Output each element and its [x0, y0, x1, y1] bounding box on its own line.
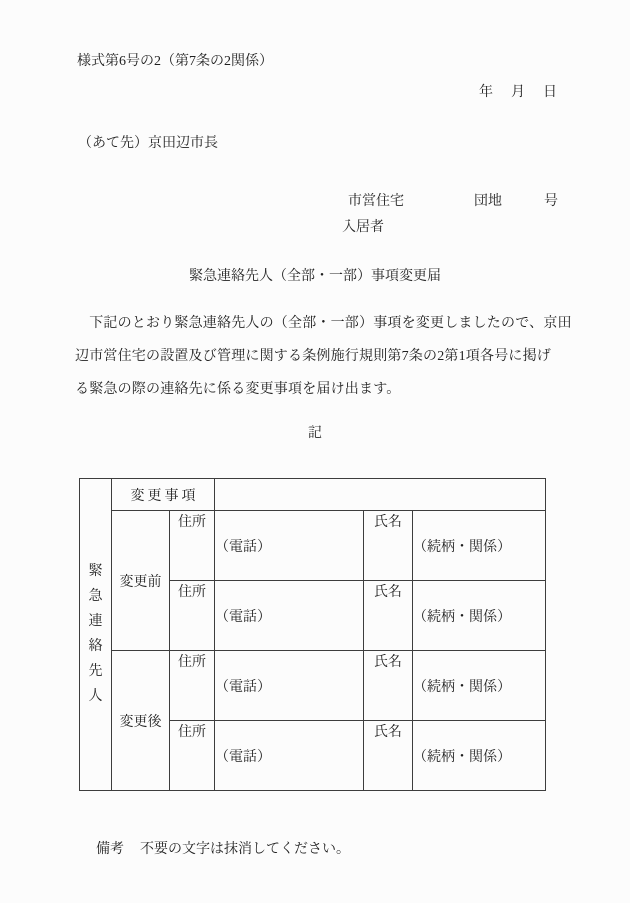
document-title: 緊急連絡先人（全部・一部）事項変更届 [0, 265, 630, 285]
body-line-1: 下記のとおり緊急連絡先人の（全部・一部）事項を変更しましたので、京田 [75, 307, 559, 340]
side-char: 先 [89, 665, 103, 679]
form-number: 様式第6号の2（第7条の2関係） [77, 50, 273, 70]
emergency-contact-vertical-label: 緊 急 連 絡 先 人 [80, 565, 111, 704]
after-change-label: 変更後 [112, 651, 170, 791]
address-label: 住所 [170, 511, 215, 581]
address-label: 住所 [170, 651, 215, 721]
side-char: 急 [89, 590, 103, 604]
body-paragraph: 下記のとおり緊急連絡先人の（全部・一部）事項を変更しましたので、京田 辺市営住宅… [75, 307, 559, 406]
body-line-2: 辺市営住宅の設置及び管理に関する条例施行規則第7条の2第1項各号に掲げ [75, 340, 559, 373]
remarks-line: 備考不要の文字は抹消してください。 [82, 822, 350, 874]
before-change-label: 変更前 [112, 511, 170, 651]
name-relation-field: （続柄・関係） [413, 581, 546, 651]
name-relation-field: （続柄・関係） [413, 721, 546, 791]
name-relation-field: （続柄・関係） [413, 511, 546, 581]
body-line-3: る緊急の際の連絡先に係る変更事項を届け出ます。 [75, 373, 559, 406]
table-row: 変更前 住所 （電話） 氏名 （続柄・関係） [80, 511, 546, 581]
remarks-label: 備考 [96, 842, 124, 857]
address-phone-field: （電話） [215, 651, 364, 721]
name-relation-field: （続柄・関係） [413, 651, 546, 721]
address-phone-field: （電話） [215, 581, 364, 651]
side-char: 連 [89, 615, 103, 629]
ki-heading: 記 [0, 422, 630, 442]
name-label: 氏名 [364, 721, 413, 791]
table-row: 変更後 住所 （電話） 氏名 （続柄・関係） [80, 651, 546, 721]
document-page: 様式第6号の2（第7条の2関係） 年 月 日 （あて先）京田辺市長 市営住宅 団… [0, 0, 630, 903]
address-label: 住所 [170, 581, 215, 651]
change-items-header: 変更事項 [112, 479, 215, 511]
name-label: 氏名 [364, 581, 413, 651]
addressee-line: （あて先）京田辺市長 [78, 132, 218, 152]
remarks-text: 不要の文字は抹消してください。 [140, 842, 350, 857]
address-phone-field: （電話） [215, 511, 364, 581]
date-line: 年 月 日 [479, 81, 559, 101]
change-details-table: 緊 急 連 絡 先 人 変更事項 変更前 住所 （電話） 氏名 （続柄・関係） [79, 478, 546, 791]
side-char: 絡 [89, 640, 103, 654]
side-char: 人 [89, 690, 103, 704]
change-items-value-cell [215, 479, 546, 511]
name-label: 氏名 [364, 511, 413, 581]
name-label: 氏名 [364, 651, 413, 721]
address-label: 住所 [170, 721, 215, 791]
resident-label: 入居者 [342, 216, 384, 236]
housing-line: 市営住宅 団地 号 [348, 190, 558, 210]
side-char: 緊 [89, 565, 103, 579]
side-label-cell: 緊 急 連 絡 先 人 [80, 479, 112, 791]
table-row: 緊 急 連 絡 先 人 変更事項 [80, 479, 546, 511]
address-phone-field: （電話） [215, 721, 364, 791]
